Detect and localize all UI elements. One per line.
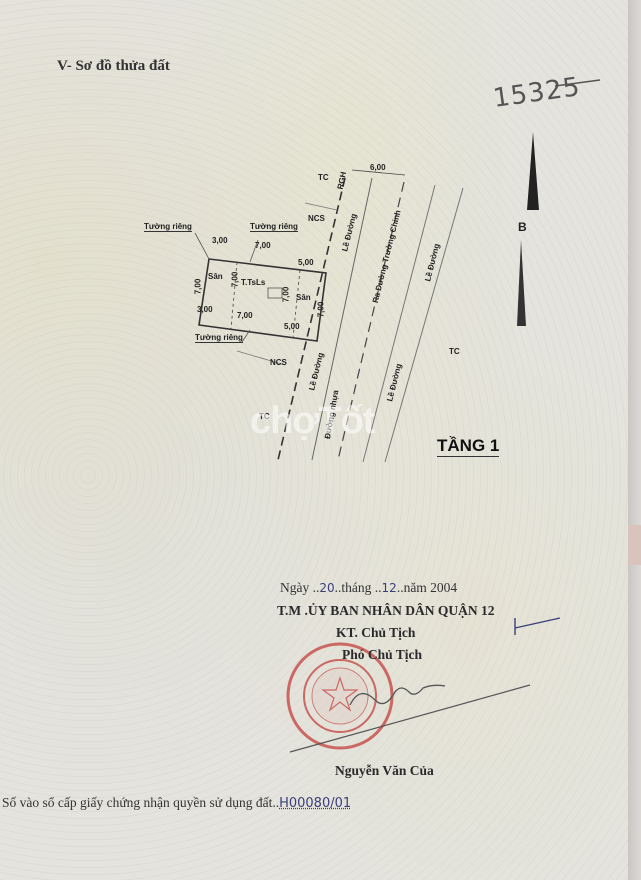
label-tc-top: TC (318, 173, 329, 182)
dim-top-3: 5,00 (298, 258, 314, 267)
issuing-organization: T.M .ỦY BAN NHÂN DÂN QUẬN 12 (277, 603, 495, 619)
watermark: chợTốt (250, 400, 374, 443)
floor-label: TẦNG 1 (437, 436, 499, 457)
dim-bottom-3: 5,00 (284, 322, 300, 331)
dim-right: 7,00 (316, 302, 325, 318)
issue-date: Ngày ..20..tháng ..12..năm 2004 (280, 580, 457, 596)
signer-title-1: KT. Chủ Tịch (336, 625, 415, 641)
registry-entry: Số vào sổ cấp giấy chứng nhận quyền sử d… (2, 795, 351, 811)
handwritten-month: 12 (382, 581, 397, 595)
label-yard-left: Sân (208, 272, 223, 281)
handwritten-day: 20 (319, 581, 334, 595)
label-tc-right: TC (449, 347, 460, 356)
label-yard-right: Sân (296, 293, 311, 302)
registry-number: H00080/01 (279, 796, 351, 811)
dim-interior-2: 7,00 (281, 287, 290, 303)
label-wall-top: Tường riêng (250, 222, 298, 232)
signer-title-2: Phó Chủ Tịch (342, 647, 422, 663)
label-ncs-bottom: NCS (270, 358, 287, 367)
label-wall-top-left: Tường riêng (144, 222, 192, 232)
dim-bottom-1: 3,00 (197, 305, 213, 314)
dim-top-1: 3,00 (212, 236, 228, 245)
dim-bottom-2: 7,00 (237, 311, 253, 320)
registry-label: Số vào sổ cấp giấy chứng nhận quyền sử d… (2, 795, 279, 810)
dim-interior-1: 7,00 (230, 272, 239, 288)
north-arrow-icon: B (518, 220, 527, 234)
dim-road-width: 6,00 (370, 163, 386, 172)
dim-left: 7,00 (193, 279, 202, 295)
signer-name: Nguyễn Văn Của (335, 763, 434, 779)
dim-top-2: 7,00 (255, 241, 271, 250)
label-wall-bottom: Tường riêng (195, 333, 243, 343)
label-house: T.TsLs (241, 278, 265, 287)
label-ncs-top: NCS (308, 214, 325, 223)
